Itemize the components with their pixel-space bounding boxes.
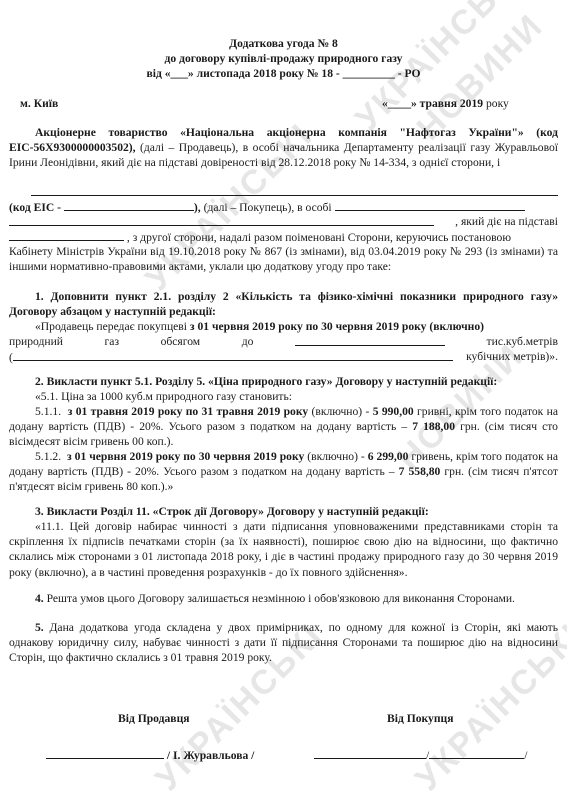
section-5: 5. Дана додаткова угода складена у двох …: [9, 620, 558, 666]
buyer-acting-line: , який діє на підставі: [9, 214, 558, 230]
date-prefix: «____» травня 2019: [382, 97, 483, 110]
buyer-signature-line: //: [314, 747, 527, 763]
preamble-seller: Акціонерне товариство «Національна акціо…: [9, 125, 558, 171]
inclusive-note: (включно) -: [308, 405, 373, 418]
buyer-name-blank: [31, 184, 558, 196]
price-item-1: 5.1.1. з 01 травня 2019 року по 31 травн…: [9, 404, 558, 450]
word: до: [242, 334, 254, 349]
buyer-basis-blank: [9, 229, 124, 241]
agreement-date: «____» травня 2019 року: [382, 96, 509, 111]
section-1-period: з 01 червня 2019 року по 30 червня 2019 …: [190, 320, 484, 333]
buyer-role: (далі – Покупець), в особі: [204, 201, 332, 214]
volume-blank: [295, 334, 445, 346]
buyer-signatory-blank: [429, 747, 524, 759]
section-3-body: «11.1. Цей договір набирає чинності з да…: [9, 519, 558, 580]
price-total: 7 188,00: [412, 420, 455, 433]
word: обсягом: [161, 334, 201, 349]
second-party-line: , з другої сторони, надалі разом поімено…: [9, 229, 558, 245]
inclusive-note: (включно) -: [304, 450, 367, 463]
seller-signature-line: / І. Журавльова /: [46, 747, 254, 763]
buyer-code-line: (код ЕІС - ), (далі – Покупець), в особі: [9, 199, 558, 215]
section-2-intro: «5.1. Ціна за 1000 куб.м природного газу…: [9, 389, 558, 404]
section-1-line-2: природний газ обсягом до тис.куб.метрів: [9, 334, 558, 349]
buyer-code-close: ),: [194, 201, 201, 214]
buyer-signature-blank: [314, 747, 426, 759]
price-value: 6 299,00: [368, 450, 409, 463]
item-number: 5.1.2.: [35, 450, 61, 463]
price-value: 5 990,00: [373, 405, 414, 418]
seller-signature-blank: [46, 747, 164, 759]
buyer-code-blank: [64, 199, 194, 211]
price-period: з 01 червня 2019 року по 30 червня 2019 …: [67, 450, 304, 463]
date-suffix: року: [486, 97, 509, 110]
buyer-acting-text: , який діє на підставі: [455, 214, 558, 229]
ref-prefix: від «___» листопада 2018 року № 18 -: [146, 67, 339, 80]
section-1-heading: 1. Доповнити пункт 2.1. розділу 2 «Кільк…: [9, 289, 558, 319]
word: газ: [105, 334, 119, 349]
section-1-line-3: ( кубічних метрів)».: [9, 349, 558, 365]
city: м. Київ: [20, 96, 58, 111]
ref-suffix: - РО: [398, 67, 421, 80]
slash: /: [524, 749, 527, 762]
doc-subtitle: до договору купівлі-продажу природного г…: [0, 51, 567, 66]
section-3-heading: 3. Викласти Розділ 11. «Строк дії Догово…: [9, 504, 558, 519]
volume-words-unit: кубічних метрів)».: [466, 349, 558, 364]
section-1-text: «Продавець передає покупцеві: [35, 320, 190, 333]
buyer-person-blank: [335, 199, 525, 211]
section-4-body: Решта умов цього Договору залишається не…: [44, 592, 515, 605]
second-party-text: , з другої сторони, надалі разом поімено…: [127, 231, 511, 244]
section-4: 4. Решта умов цього Договору залишається…: [9, 591, 558, 606]
section-number: 5.: [35, 621, 44, 634]
buyer-signature-label: Від Покупця: [387, 711, 453, 726]
volume-unit: тис.куб.метрів: [487, 334, 558, 349]
price-total: 7 558,80: [399, 465, 441, 478]
section-number: 4.: [35, 592, 44, 605]
word: природний: [9, 334, 63, 349]
price-item-2: 5.1.2. з 01 червня 2019 року по 30 червн…: [9, 449, 558, 495]
section-1-line-1: «Продавець передає покупцеві з 01 червня…: [9, 319, 558, 334]
item-number: 5.1.1.: [35, 405, 61, 418]
buyer-name-line: [9, 184, 558, 200]
seller-signatory: / І. Журавльова /: [167, 749, 254, 762]
doc-title: Додаткова угода № 8: [0, 36, 567, 51]
section-5-body: Дана додаткова угода складена у двох при…: [9, 621, 558, 664]
seller-signature-label: Від Продавця: [118, 711, 190, 726]
ref-blank: _________: [343, 67, 395, 80]
price-period: з 01 травня 2019 року по 31 травня 2019 …: [68, 405, 308, 418]
buyer-code-label: (код ЕІС -: [9, 201, 61, 214]
section-2-heading: 2. Викласти пункт 5.1. Розділу 5. «Ціна …: [9, 374, 558, 389]
document-page: Додаткова угода № 8 до договору купівлі-…: [0, 0, 567, 805]
doc-reference: від «___» листопада 2018 року № 18 - ___…: [0, 66, 567, 81]
volume-words-blank: [13, 349, 453, 361]
legal-basis: Кабінету Міністрів України від 19.10.201…: [9, 244, 558, 274]
buyer-acting-blank: [9, 214, 434, 226]
